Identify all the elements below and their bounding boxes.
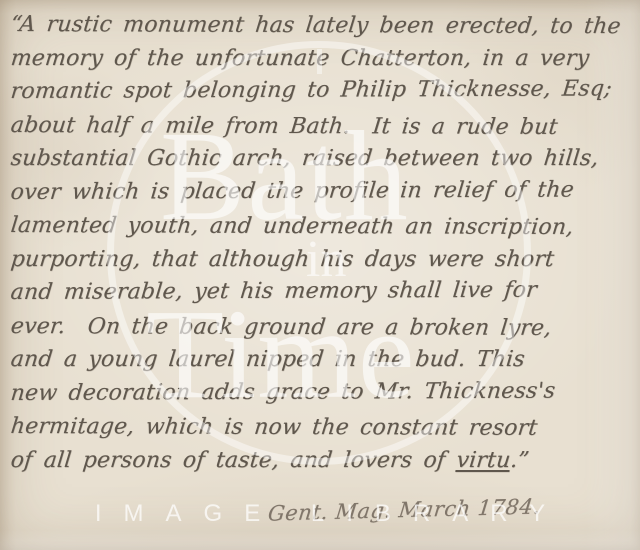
manuscript-text-block: “A rustic monument has lately been erect… bbox=[9, 8, 636, 477]
manuscript-line-9: and miserable, yet his memory shall live… bbox=[9, 273, 640, 309]
line14-closing-quote: .” bbox=[509, 448, 530, 473]
manuscript-line-11: and a young laurel nipped in the bud. Th… bbox=[9, 343, 640, 377]
manuscript-page: “A rustic monument has lately been erect… bbox=[0, 0, 640, 550]
manuscript-line-13: hermitage, which is now the constant res… bbox=[9, 410, 639, 446]
manuscript-line-3: romantic spot belonging to Philip Thickn… bbox=[9, 72, 640, 108]
manuscript-line-14: of all persons of taste, and lovers of v… bbox=[9, 444, 640, 478]
manuscript-line-7: lamented youth, and underneath an inscri… bbox=[9, 209, 639, 245]
manuscript-line-8: purporting, that although his days were … bbox=[9, 243, 640, 277]
manuscript-line-6: over which is placed the profile in reli… bbox=[9, 173, 640, 209]
manuscript-line-1: “A rustic monument has lately been erect… bbox=[9, 8, 639, 44]
line14-text-before-virtu: of all persons of taste, and lovers of bbox=[9, 448, 457, 473]
manuscript-line-2: memory of the unfortunate Chatterton, in… bbox=[9, 42, 640, 76]
manuscript-line-12: new decoration adds grace to Mr. Thickne… bbox=[9, 374, 640, 410]
manuscript-line-5: substantial Gothic arch, raised between … bbox=[9, 142, 640, 176]
manuscript-line-4: about half a mile from Bath. It is a rud… bbox=[9, 109, 639, 145]
citation-gentlemans-magazine: Gent. Mag. March 1784. bbox=[267, 494, 542, 525]
underlined-word-virtu: virtu bbox=[455, 448, 512, 473]
manuscript-line-10: ever. On the back ground are a broken ly… bbox=[9, 310, 639, 346]
